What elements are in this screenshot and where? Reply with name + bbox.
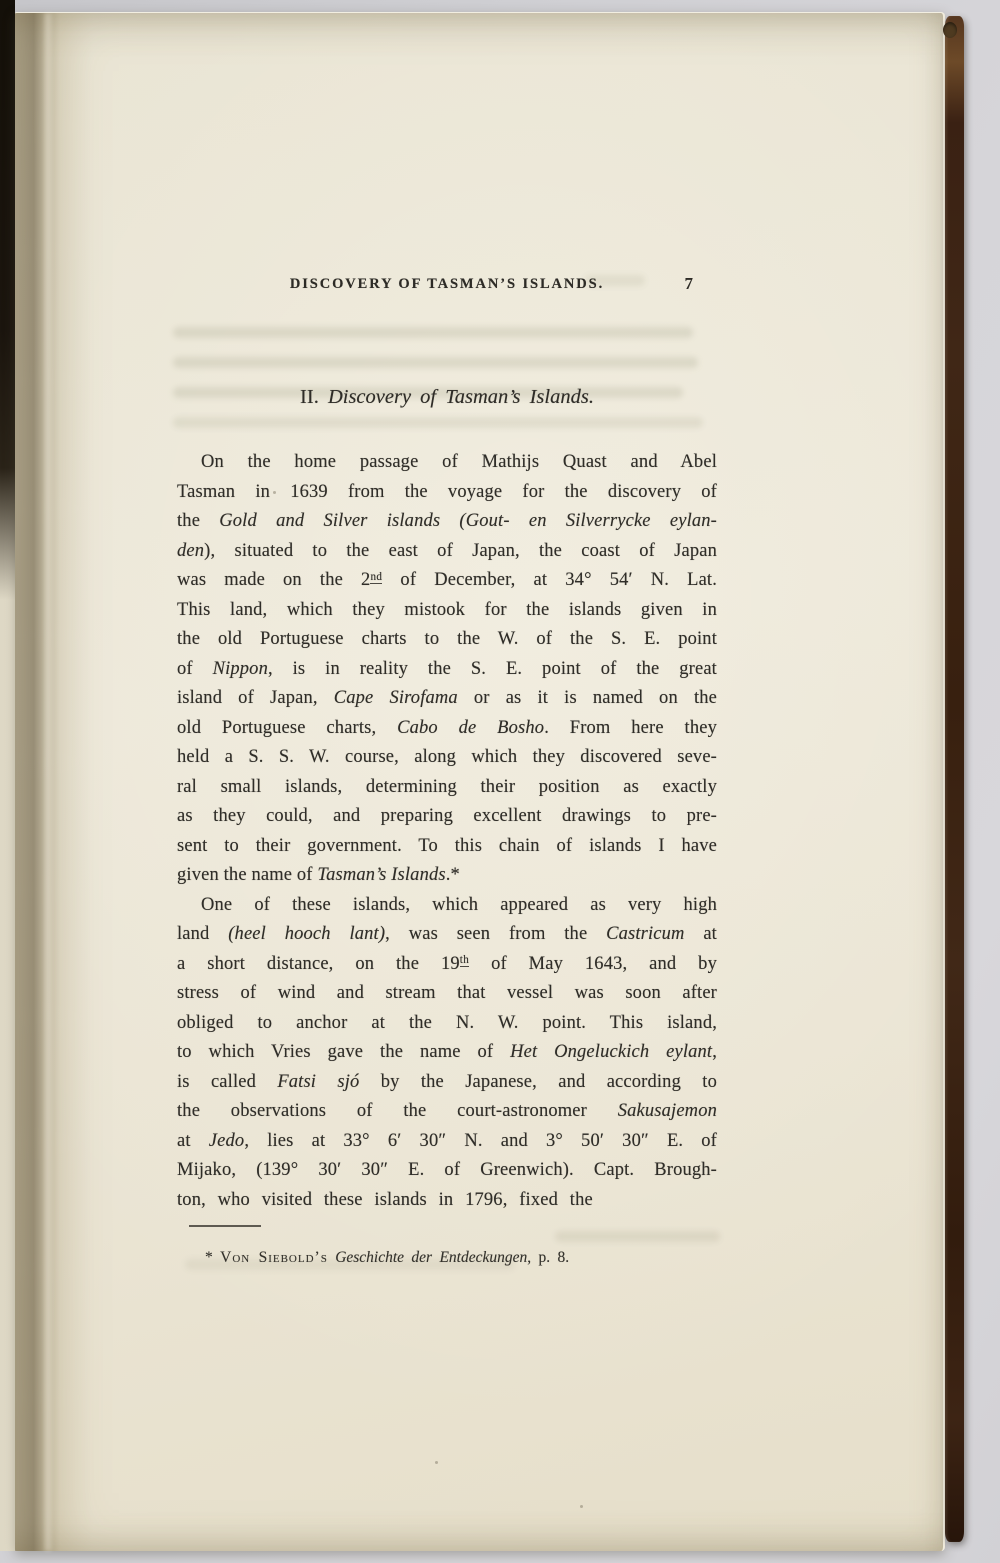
text-line: old Portuguese charts, Cabo de Bosho. Fr… xyxy=(177,714,717,744)
text-line: of Nippon, is in reality the S. E. point… xyxy=(177,655,717,685)
paper-speck xyxy=(435,1461,438,1464)
text-line: den), situated to the east of Japan, the… xyxy=(177,537,717,567)
text-line: island of Japan, Cape Sirofama or as it … xyxy=(177,684,717,714)
text-line: sent to their government. To this chain … xyxy=(177,832,717,862)
text-line: On the home passage of Mathijs Quast and… xyxy=(177,448,717,478)
text-line: This land, which they mistook for the is… xyxy=(177,596,717,626)
text-line: the Gold and Silver islands (Gout- en Si… xyxy=(177,507,717,537)
text-line: Tasman in 1639 from the voyage for the d… xyxy=(177,478,717,508)
text-line: held a S. S. W. course, along which they… xyxy=(177,743,717,773)
text-line: given the name of Tasman’s Islands.* xyxy=(177,861,717,891)
book-binding-edge xyxy=(0,0,15,600)
running-header: DISCOVERY OF TASMAN’S ISLANDS. 7 xyxy=(177,276,717,300)
text-line: ral small islands, determining their pos… xyxy=(177,773,717,803)
text-line: land (heel hooch lant), was seen from th… xyxy=(177,920,717,950)
text-line: ton, who visited these islands in 1796, … xyxy=(177,1186,717,1216)
book-page: DISCOVERY OF TASMAN’S ISLANDS. 7 II. Dis… xyxy=(15,12,945,1551)
book-cover-edge xyxy=(945,16,964,1542)
gutter-shadow xyxy=(15,13,93,1551)
book-photo-scene: DISCOVERY OF TASMAN’S ISLANDS. 7 II. Dis… xyxy=(0,0,1000,1563)
bleed-through xyxy=(173,357,698,368)
text-line: at Jedo, lies at 33° 6′ 30″ N. and 3° 50… xyxy=(177,1127,717,1157)
text-line: is called Fatsi sjó by the Japanese, and… xyxy=(177,1068,717,1098)
section-heading: II. Discovery of Tasman’s Islands. xyxy=(177,386,717,409)
paper-speck xyxy=(580,1505,583,1508)
running-header-title: DISCOVERY OF TASMAN’S ISLANDS. xyxy=(177,276,717,293)
text-line: to which Vries gave the name of Het Onge… xyxy=(177,1038,717,1068)
page-number: 7 xyxy=(685,274,694,294)
text-line: obliged to anchor at the N. W. point. Th… xyxy=(177,1009,717,1039)
bleed-through xyxy=(555,1231,720,1242)
text-line: was made on the 2nd of December, at 34° … xyxy=(177,566,717,596)
body-text: On the home passage of Mathijs Quast and… xyxy=(177,448,717,1215)
text-line: the observations of the court-astronomer… xyxy=(177,1097,717,1127)
section-title: Discovery of Tasman’s Islands. xyxy=(328,386,594,408)
footnote-rule xyxy=(189,1225,261,1227)
cover-edge-chip xyxy=(943,22,957,38)
text-line: the old Portuguese charts to the W. of t… xyxy=(177,625,717,655)
bleed-through xyxy=(173,327,693,338)
footnote: * Von Siebold’s Geschichte der Entdeckun… xyxy=(205,1249,735,1267)
gutter-highlight xyxy=(45,13,51,1551)
text-line: One of these islands, which appeared as … xyxy=(177,891,717,921)
bleed-through xyxy=(173,417,703,428)
text-line: stress of wind and stream that vessel wa… xyxy=(177,979,717,1009)
section-numeral: II. xyxy=(300,386,319,408)
text-line: as they could, and preparing excellent d… xyxy=(177,802,717,832)
text-line: a short distance, on the 19th of May 164… xyxy=(177,950,717,980)
text-line: Mijako, (139° 30′ 30″ E. of Greenwich). … xyxy=(177,1156,717,1186)
